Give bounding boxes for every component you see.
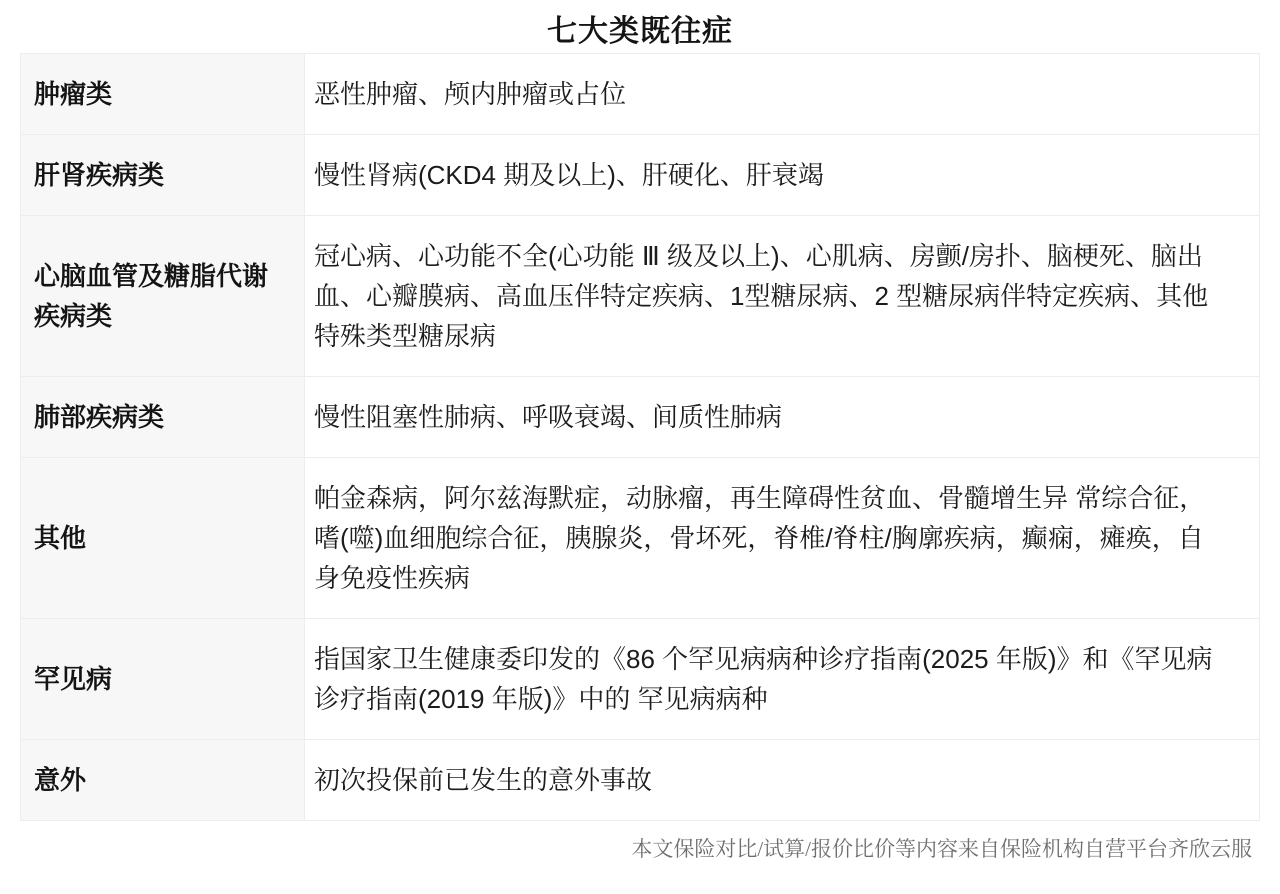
table-row: 其他 帕金森病，阿尔兹海默症，动脉瘤，再生障碍性贫血、骨髓增生异 常综合征，嗜(… <box>21 458 1259 619</box>
description-text: 指国家卫生健康委印发的《86 个罕见病病种诊疗指南(2025 年版)》和《罕见病… <box>314 639 1229 719</box>
description-cell: 冠心病、心功能不全(心功能 Ⅲ 级及以上)、心肌病、房颤/房扑、脑梗死、脑出血、… <box>305 216 1259 376</box>
description-cell: 初次投保前已发生的意外事故 <box>305 740 1259 820</box>
description-cell: 指国家卫生健康委印发的《86 个罕见病病种诊疗指南(2025 年版)》和《罕见病… <box>305 619 1259 739</box>
category-label: 肝肾疾病类 <box>34 155 164 195</box>
description-text: 帕金森病，阿尔兹海默症，动脉瘤，再生障碍性贫血、骨髓增生异 常综合征，嗜(噬)血… <box>314 478 1229 598</box>
description-text: 冠心病、心功能不全(心功能 Ⅲ 级及以上)、心肌病、房颤/房扑、脑梗死、脑出血、… <box>314 236 1229 356</box>
category-cell: 其他 <box>21 458 305 618</box>
table-row: 肿瘤类 恶性肿瘤、颅内肿瘤或占位 <box>21 54 1259 135</box>
category-cell: 意外 <box>21 740 305 820</box>
category-label: 肿瘤类 <box>34 74 112 114</box>
category-cell: 罕见病 <box>21 619 305 739</box>
conditions-table: 肿瘤类 恶性肿瘤、颅内肿瘤或占位 肝肾疾病类 慢性肾病(CKD4 期及以上)、肝… <box>20 53 1260 821</box>
category-cell: 肺部疾病类 <box>21 377 305 457</box>
description-text: 初次投保前已发生的意外事故 <box>314 760 652 800</box>
table-row: 心脑血管及糖脂代谢疾病类 冠心病、心功能不全(心功能 Ⅲ 级及以上)、心肌病、房… <box>21 216 1259 377</box>
footer-disclaimer: 本文保险对比/试算/报价比价等内容来自保险机构自营平台齐欣云服 <box>0 836 1252 862</box>
category-label: 其他 <box>34 518 86 558</box>
category-label: 肺部疾病类 <box>34 397 164 437</box>
page: 七大类既往症 肿瘤类 恶性肿瘤、颅内肿瘤或占位 肝肾疾病类 慢性肾病(CKD4 … <box>0 0 1280 894</box>
category-label: 心脑血管及糖脂代谢疾病类 <box>34 256 290 336</box>
table-row: 肺部疾病类 慢性阻塞性肺病、呼吸衰竭、间质性肺病 <box>21 377 1259 458</box>
category-label: 意外 <box>34 760 86 800</box>
description-cell: 慢性阻塞性肺病、呼吸衰竭、间质性肺病 <box>305 377 1259 457</box>
table-row: 肝肾疾病类 慢性肾病(CKD4 期及以上)、肝硬化、肝衰竭 <box>21 135 1259 216</box>
description-text: 慢性肾病(CKD4 期及以上)、肝硬化、肝衰竭 <box>314 155 824 195</box>
category-label: 罕见病 <box>34 659 112 699</box>
description-cell: 慢性肾病(CKD4 期及以上)、肝硬化、肝衰竭 <box>305 135 1259 215</box>
description-text: 恶性肿瘤、颅内肿瘤或占位 <box>314 74 626 114</box>
table-row: 意外 初次投保前已发生的意外事故 <box>21 740 1259 821</box>
description-text: 慢性阻塞性肺病、呼吸衰竭、间质性肺病 <box>314 397 782 437</box>
category-cell: 肝肾疾病类 <box>21 135 305 215</box>
page-title: 七大类既往症 <box>0 0 1280 53</box>
description-cell: 帕金森病，阿尔兹海默症，动脉瘤，再生障碍性贫血、骨髓增生异 常综合征，嗜(噬)血… <box>305 458 1259 618</box>
description-cell: 恶性肿瘤、颅内肿瘤或占位 <box>305 54 1259 134</box>
table-row: 罕见病 指国家卫生健康委印发的《86 个罕见病病种诊疗指南(2025 年版)》和… <box>21 619 1259 740</box>
category-cell: 心脑血管及糖脂代谢疾病类 <box>21 216 305 376</box>
category-cell: 肿瘤类 <box>21 54 305 134</box>
